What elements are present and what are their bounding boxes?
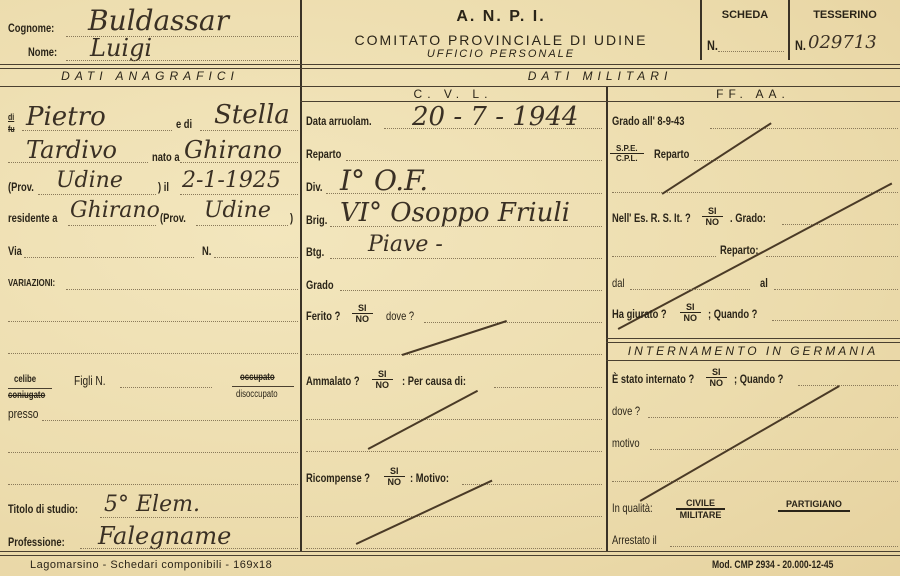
divider-right [606,86,608,552]
tesserino-n-label: N. [795,37,806,53]
professione-line [80,548,298,549]
subsection-divider [300,101,900,102]
presso-label: presso [8,406,38,421]
ffaa-reparto-line-2 [612,192,898,193]
data-arruolam-line [384,128,602,129]
cognome-label: Cognome: [8,21,54,35]
int-motivo-line-2 [612,481,898,482]
presso-line [42,420,298,421]
e-di-label: e di [176,117,192,131]
professione-value: Falegname [98,522,231,550]
giurato-quando-line [772,320,898,321]
btg-label: Btg. [306,245,324,259]
internato-label: È stato internato ? [612,372,694,386]
grado-label: Grado [306,278,334,292]
grado-8-9-43-label: Grado all' 8-9-43 [612,114,684,128]
figli-line [120,387,212,388]
giurato-quando-label: ; Quando ? [708,307,757,321]
rsi-grado-label: . Grado: [730,211,766,225]
di-label: di [8,112,14,122]
res-prov-line [196,225,288,226]
internamento-divider-2 [606,360,900,361]
coniugato-label: coniugato [8,390,45,401]
nome-line [66,60,298,61]
occupato-label: occupato [240,372,275,383]
causa-line-3 [306,451,602,452]
n-label: N. [202,244,211,258]
father-value: Pietro [26,102,106,132]
rsi-reparto-line-b [766,256,898,257]
div-line [326,193,602,194]
titolo-value: 5° Elem. [104,492,200,517]
prov-label: (Prov. [8,180,34,194]
internato-si-no: SINO [706,367,727,388]
section-cvl: C. V. L. [300,87,606,101]
birth-prov-value: Udine [56,168,123,193]
scheda-label: SCHEDA [702,9,788,21]
professione-label: Professione: [8,535,65,549]
internamento-divider [606,338,900,343]
cancel-stroke [402,320,507,355]
birth-date-value: 2-1-1925 [182,168,281,193]
ferito-si-no: SINO [352,303,373,324]
figli-label: Figli N. [74,373,106,388]
dal-line [630,289,750,290]
mother-surname-line [8,162,148,163]
ammalato-label: Ammalato ? [306,374,360,388]
brig-label: Brig. [306,213,327,227]
org-subtitle: COMITATO PROVINCIALE DI UDINE [302,32,700,48]
int-dove-line [648,417,898,418]
rsi-si-no: SINO [702,206,723,227]
via-label: Via [8,244,22,258]
dove-line [424,322,602,323]
cancel-stroke [640,385,840,501]
tesserino-label: TESSERINO [790,9,900,21]
giurato-label: Ha giurato ? [612,307,667,321]
blank-line-1 [8,452,298,453]
ffaa-reparto-label: Reparto [654,147,689,161]
brig-line [330,226,602,227]
dal-label: dal [612,276,624,290]
causa-line-2 [306,419,602,420]
fu-label: fu [8,124,15,134]
section-dati-anagrafici: DATI ANAGRAFICI [0,69,300,83]
footer-divider [0,551,900,556]
giurato-si-no: SINO [680,302,701,323]
org-title: A. N. P. I. [302,8,700,26]
ferito-label: Ferito ? [306,309,340,323]
birth-date-line [180,194,298,195]
reparto-label: Reparto [306,147,341,161]
btg-line [330,258,602,259]
rsi-reparto-line-a [612,256,716,257]
section-ffaa: FF. AA. [606,87,900,101]
ricompense-label: Ricompense ? [306,471,370,485]
nome-label: Nome: [28,45,57,59]
cancel-stroke [356,480,493,545]
nato-a-label: nato a [152,150,180,164]
partigiano-option: PARTIGIANO [778,499,850,512]
mother-line [200,130,298,131]
scheda-n-label: N. [707,37,718,53]
n-line [214,257,298,258]
motivo-line-3 [306,548,602,549]
qualita-label: In qualità: [612,501,653,515]
causa-label: : Per causa di: [402,374,466,388]
grado-8-9-43-line [710,128,898,129]
internato-quando-line [798,385,898,386]
partisan-record-card: Cognome: Buldassar Nome: Luigi A. N. P. … [0,0,900,576]
variazioni-label: VARIAZIONI: [8,278,55,289]
int-motivo-line [650,449,898,450]
section-dati-militari: DATI MILITARI [300,69,900,83]
org-office: UFFICIO PERSONALE [302,48,700,60]
al-line [774,289,898,290]
int-dove-label: dove ? [612,404,640,418]
motivo-label: : Motivo: [410,471,449,485]
ferito-line-2 [306,354,602,355]
section-internamento: INTERNAMENTO IN GERMANIA [606,344,900,358]
variazioni-line-2 [8,321,298,322]
birthplace-line [180,162,298,163]
div-label: Div. [306,180,322,194]
arrestato-line [670,546,898,547]
residence-value: Ghirano [70,198,160,223]
ffaa-reparto-line [694,160,898,161]
rsi-grado-line [782,224,898,225]
mother-value: Stella [214,100,290,130]
occupato-line [232,386,294,387]
father-line [22,130,172,131]
civile-militare: CIVILEMILITARE [676,498,725,520]
res-prov-label: (Prov. [160,211,186,225]
footer-left: Lagomarsino - Schedari componibili - 169… [30,559,272,571]
variazioni-line-3 [8,353,298,354]
residence-line [68,225,156,226]
nome-value: Luigi [90,34,152,62]
btg-value: Piave - [368,232,443,257]
causa-line [494,387,602,388]
titolo-label: Titolo di studio: [8,502,78,516]
internato-quando-label: ; Quando ? [734,372,783,386]
birth-prov-line [38,194,156,195]
ammalato-si-no: SINO [372,369,393,390]
birthplace-value: Ghirano [184,136,282,164]
ricompense-si-no: SINO [384,466,405,487]
disoccupato-label: disoccupato [236,389,278,400]
data-arruolam-label: Data arruolam. [306,114,372,128]
titolo-line [100,517,298,518]
footer-right: Mod. CMP 2934 - 20.000-12-45 [712,559,833,571]
al-label: al [760,276,768,290]
via-line [24,257,194,258]
arrestato-label: Arrestato il [612,533,657,547]
blank-line-2 [8,484,298,485]
tesserino-value: 029713 [808,32,877,53]
il-label: ) il [158,180,169,194]
cognome-value: Buldassar [88,4,229,37]
res-close: ) [290,211,293,225]
rsi-label: Nell' Es. R. S. It. ? [612,211,691,225]
residente-label: residente a [8,211,57,225]
variazioni-line-1 [66,289,298,290]
celibe-line [8,388,52,389]
mother-surname-value: Tardivo [26,136,117,164]
celibe-label: celibe [14,374,36,385]
res-prov-value: Udine [204,198,271,223]
scheda-line [718,51,784,52]
reparto-line [346,160,602,161]
dove-label: dove ? [386,309,414,323]
brig-value: VI° Osoppo Friuli [340,198,570,228]
grado-line [340,290,602,291]
spe-cpl: S.P.E.C.P.L. [610,144,644,163]
motivo-line-2 [306,516,602,517]
int-motivo-label: motivo [612,436,640,450]
